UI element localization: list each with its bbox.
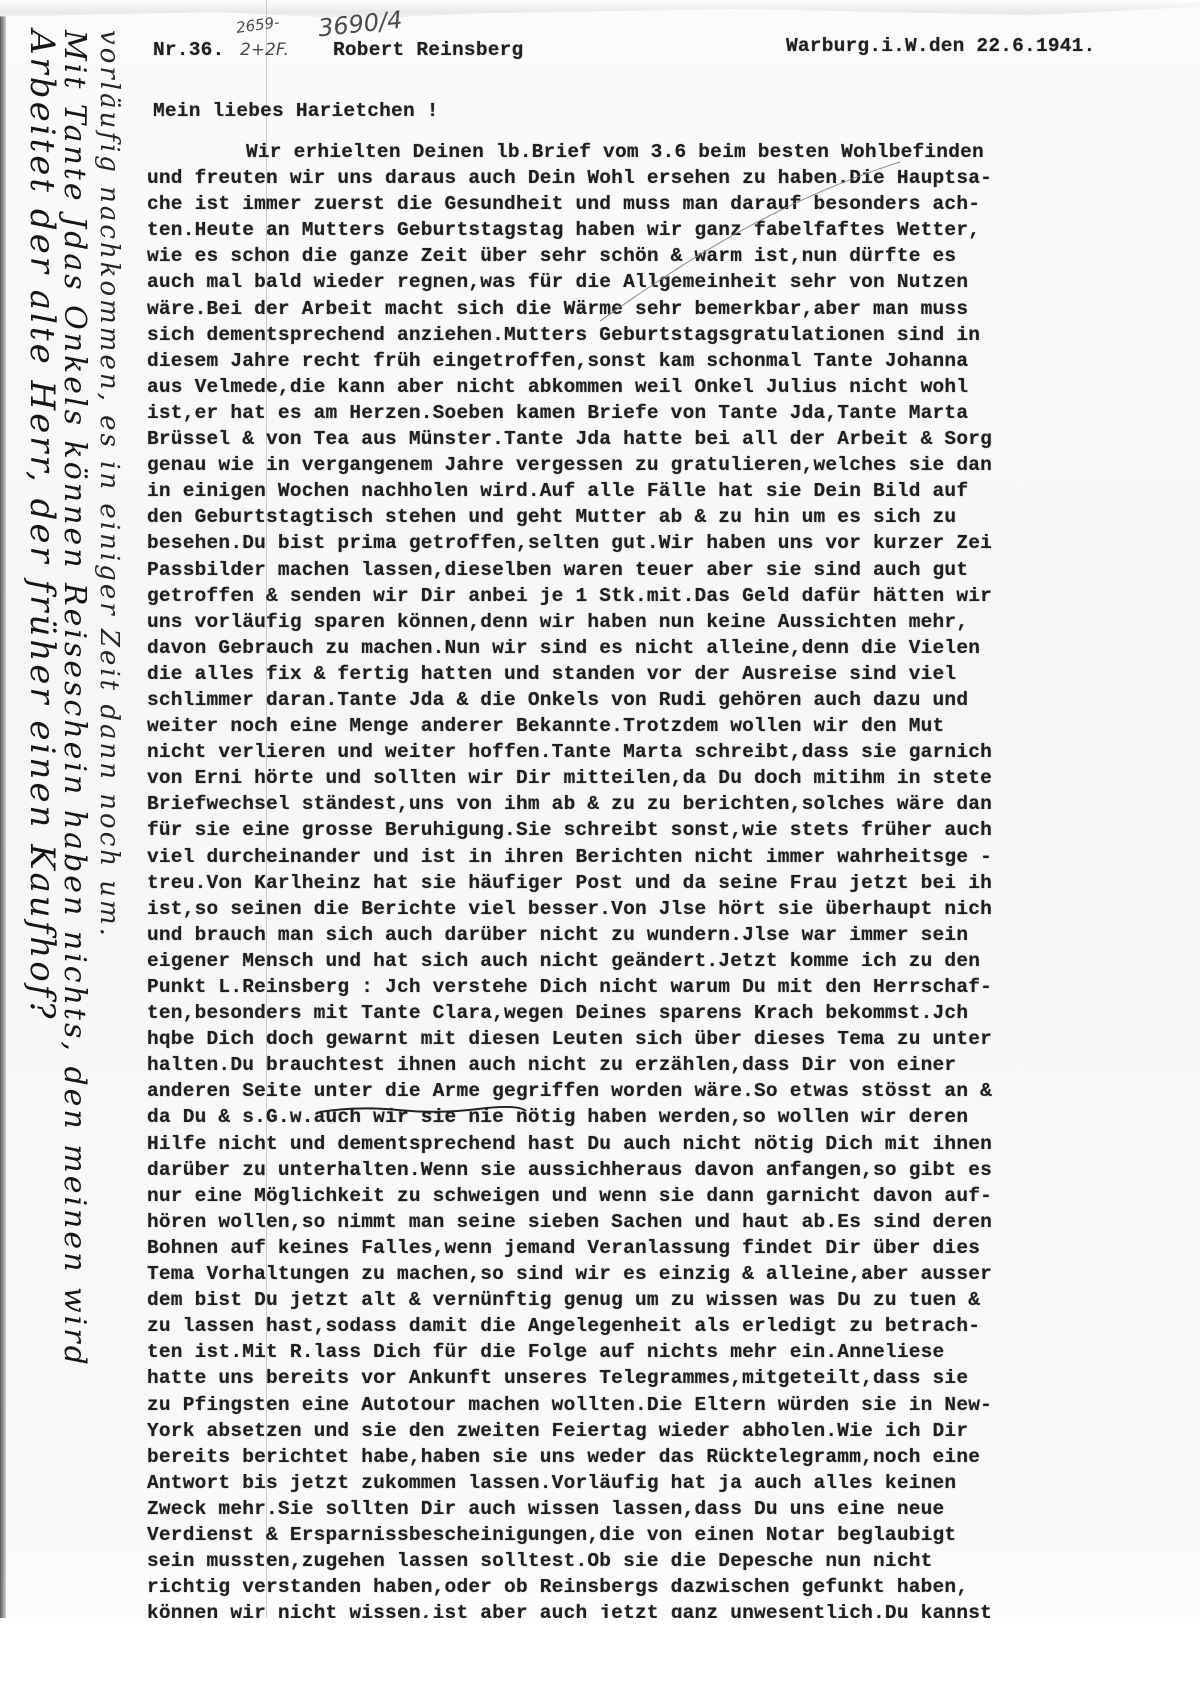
letter-line: weiter noch eine Menge anderer Bekannte.…: [147, 713, 1200, 739]
letter-salutation: Mein liebes Harietchen !: [153, 100, 439, 122]
letter-line: nicht verlieren und weiter hoffen.Tante …: [147, 739, 1200, 765]
letter-line: diesem Jahre recht früh eingetroffen,son…: [147, 348, 1200, 374]
letter-line: ist,er hat es am Herzen.Soeben kamen Bri…: [147, 400, 1200, 426]
letter-line: sein mussten,zugehen lassen solltest.Ob …: [147, 1548, 1200, 1574]
letter-line: bereits berichtet habe,haben sie uns wed…: [147, 1444, 1200, 1470]
torn-paper-edge: [0, 0, 1200, 22]
letter-number: Nr.36.: [153, 39, 224, 61]
letter-line: hatte uns bereits vor Ankunft unseres Te…: [147, 1365, 1200, 1391]
letter-line: schlimmer daran.Tante Jda & die Onkels v…: [147, 687, 1200, 713]
letter-body: Wir erhielten Deinen lb.Brief vom 3.6 be…: [147, 139, 1200, 1679]
letter-line: getroffen & senden wir Dir anbei je 1 St…: [147, 583, 1200, 609]
letter-line: den Geburtstagtisch stehen und geht Mutt…: [147, 504, 1200, 530]
letter-line: zu lassen hast,sodass damit die Angelege…: [147, 1313, 1200, 1339]
letter-line: und brauch man sich auch darüber nicht z…: [147, 922, 1200, 948]
letter-line: Brüssel & von Tea aus Münster.Tante Jda …: [147, 426, 1200, 452]
letter-line: Punkt L.Reinsberg : Jch verstehe Dich ni…: [147, 974, 1200, 1000]
letter-line: zu Pfingsten eine Autotour machen wollte…: [147, 1392, 1200, 1418]
letter-line: treu.Von Karlheinz hat sie häufiger Post…: [147, 870, 1200, 896]
letter-line: Zweck mehr.Sie sollten Dir auch wissen l…: [147, 1496, 1200, 1522]
letter-line: dem bist Du jetzt alt & vernünftig genug…: [147, 1287, 1200, 1313]
letter-line: da Du & s.G.w.auch wir sie nie nötig hab…: [147, 1104, 1200, 1130]
letter-sender: Robert Reinsberg: [333, 39, 523, 61]
letter-place-date: Warburg.i.W.den 22.6.1941.: [786, 35, 1095, 57]
letter-line: Hilfe nicht und dementsprechend hast Du …: [147, 1131, 1200, 1157]
letter-line: Briefwechsel ständest,uns von ihm ab & z…: [147, 791, 1200, 817]
letter-line: hören wollen,so nimmt man seine sieben S…: [147, 1209, 1200, 1235]
letter-page: 2659- 2+2F. 3690/4 Nr.36. Robert Reinsbe…: [0, 0, 1200, 1683]
letter-line: Bohnen auf keines Falles,wenn jemand Ver…: [147, 1235, 1200, 1261]
letter-line: hqbe Dich doch gewarnt mit diesen Leuten…: [147, 1026, 1200, 1052]
letter-line: Tema Vorhaltungen zu machen,so sind wir …: [147, 1261, 1200, 1287]
letter-line: anderen Seite unter die Arme gegriffen w…: [147, 1078, 1200, 1104]
letter-line: in einigen Wochen nachholen wird.Auf all…: [147, 478, 1200, 504]
archive-annotation: 2659-: [235, 13, 281, 37]
letter-line: York absetzen und sie den zweiten Feiert…: [147, 1418, 1200, 1444]
letter-line: Verdienst & Ersparnissbescheinigungen,di…: [147, 1522, 1200, 1548]
letter-line: viel durcheinander und ist in ihren Beri…: [147, 844, 1200, 870]
letter-line: richtig verstanden haben,oder ob Reinsbe…: [147, 1574, 1200, 1600]
handwritten-margin-note: vorläufig nachkommen, es in einiger Zeit…: [94, 30, 124, 939]
letter-line: nur eine Möglichkeit zu schweigen und we…: [147, 1183, 1200, 1209]
letter-line: Passbilder machen lassen,dieselben waren…: [147, 557, 1200, 583]
letter-line: von Erni hörte und sollten wir Dir mitte…: [147, 765, 1200, 791]
handwritten-margin-note: Mit Tante Jdas Onkels können Reiseschein…: [57, 30, 92, 1368]
pen-stray-stroke: [600, 160, 900, 330]
letter-line: die alles fix & fertig hatten und stande…: [147, 661, 1200, 687]
letter-line: ten,besonders mit Tante Clara,wegen Dein…: [147, 1000, 1200, 1026]
letter-line: Antwort bis jetzt zukommen lassen.Vorläu…: [147, 1470, 1200, 1496]
letter-line: halten.Du brauchtest ihnen auch nicht zu…: [147, 1052, 1200, 1078]
letter-line: davon Gebrauch zu machen.Nun wir sind es…: [147, 635, 1200, 661]
letter-line: ist,so seinen die Berichte viel besser.V…: [147, 896, 1200, 922]
letter-line: darüber zu unterhalten.Wenn sie aussichh…: [147, 1157, 1200, 1183]
letter-line: besehen.Du bist prima getroffen,selten g…: [147, 530, 1200, 556]
letter-line: uns vorläufig sparen können,denn wir hab…: [147, 609, 1200, 635]
archive-annotation: 2+2F.: [240, 40, 289, 60]
blank-bottom-area: [0, 1618, 1200, 1683]
letter-line: genau wie in vergangenem Jahre vergessen…: [147, 452, 1200, 478]
scan-edge-shadow: [0, 0, 6, 1683]
handwritten-margin-note: Arbeitet der alte Herr, der früher einen…: [22, 30, 62, 1021]
letter-line: eigener Mensch und hat sich auch nicht g…: [147, 948, 1200, 974]
pen-underline-mark: [318, 1104, 528, 1116]
letter-line: ten ist.Mit R.lass Dich für die Folge au…: [147, 1339, 1200, 1365]
letter-line: aus Velmede,die kann aber nicht abkommen…: [147, 374, 1200, 400]
letter-line: für sie eine grosse Beruhigung.Sie schre…: [147, 817, 1200, 843]
